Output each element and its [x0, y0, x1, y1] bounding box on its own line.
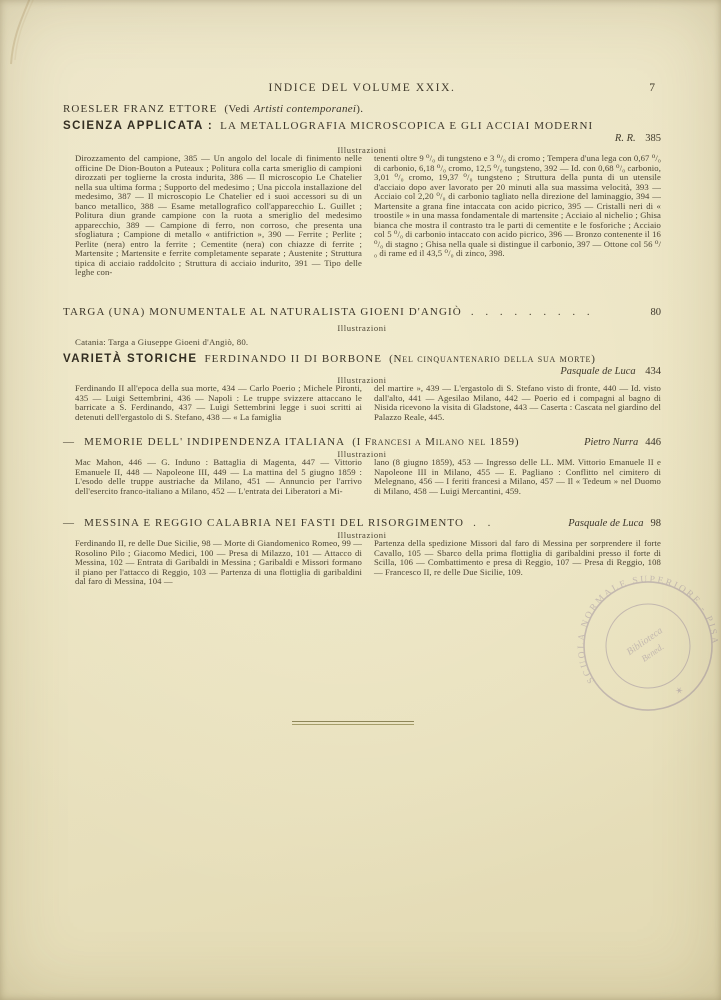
page-ref: 80	[651, 307, 662, 318]
column-right: lano (8 giugno 1859), 453 — Ingresso del…	[374, 458, 661, 496]
dot-leader: . .	[473, 517, 490, 529]
entry-varieta-title: VARIETÀ STORICHE FERDINANDO II DI BORBON…	[63, 353, 661, 365]
page-ref: 385	[645, 133, 661, 144]
page-ref: 98	[651, 518, 662, 529]
entry-title-bold: SCIENZA APPLICATA :	[63, 120, 213, 132]
scanned-index-page: { "page_header": { "title": "INDICE DEL …	[0, 0, 721, 1000]
author-name: Pasquale de Luca	[568, 518, 643, 529]
column-left: Mac Mahon, 446 — G. Induno : Battaglia d…	[75, 458, 362, 496]
column-left: Ferdinando II all'epoca della sua morte,…	[75, 384, 362, 422]
library-stamp: SCUOLA NORMALE SUPERIORE - PISA Bibliote…	[568, 566, 721, 726]
section-divider-rule	[292, 721, 414, 725]
entry-title-smallcaps: (I Francesi a Milano nel 1859)	[352, 436, 519, 448]
entry-title: TARGA (UNA) MONUMENTALE AL NATURALISTA G…	[63, 306, 462, 318]
entry-title-rest: LA METALLOGRAFIA MICROSCOPICA E GLI ACCI…	[220, 120, 593, 132]
cross-ref-suffix: ).	[356, 103, 363, 115]
illustrations-label: Illustrazioni	[63, 323, 661, 333]
cross-ref-italic: Artisti contemporanei	[254, 103, 357, 115]
entry-title-rest: FERDINANDO II DI BORBONE	[204, 353, 382, 365]
entry-targa-title: TARGA (UNA) MONUMENTALE AL NATURALISTA G…	[63, 306, 661, 318]
cross-ref-prefix: (Vedi	[224, 103, 249, 115]
column-left: Ferdinando II, re delle Due Sicilie, 98 …	[75, 539, 362, 587]
entry-title-smallcaps: (Nel cinquantenario della sua morte)	[389, 353, 596, 365]
column-right: tenenti oltre 9 ⁰/₀ di tungsteno e 3 ⁰/₀…	[374, 154, 661, 278]
entry-roesler: ROESLER FRANZ ETTORE (Vedi Artisti conte…	[63, 103, 661, 115]
illustration-caption: Catania: Targa a Giuseppe Gioeni d'Angiò…	[75, 337, 248, 347]
entry-scienza-author: R. R. 385	[63, 133, 661, 144]
column-right: del martire », 439 — L'ergastolo di S. S…	[374, 384, 661, 422]
entry-title: MEMORIE DELL' INDIPENDENZA ITALIANA	[84, 436, 345, 448]
entry-memorie-title: — MEMORIE DELL' INDIPENDENZA ITALIANA (I…	[63, 436, 661, 448]
entry-varieta-columns: Ferdinando II all'epoca della sua morte,…	[75, 384, 661, 422]
page-ref: 446	[645, 437, 661, 448]
entry-scienza-title: SCIENZA APPLICATA : LA METALLOGRAFIA MIC…	[63, 120, 661, 132]
column-left: Dirozzamento del campione, 385 — Un ango…	[75, 154, 362, 278]
page-title: INDICE DEL VOLUME XXIX.	[269, 82, 456, 94]
entry-dash: —	[63, 517, 75, 529]
dot-leader: . . . . . . . . .	[471, 306, 590, 318]
page-number: 7	[649, 82, 655, 94]
entry-messina-title: — MESSINA E REGGIO CALABRIA NEI FASTI DE…	[63, 517, 661, 529]
author-name: R. R.	[615, 133, 636, 144]
running-head: INDICE DEL VOLUME XXIX. 7	[63, 82, 661, 94]
author-name: Pietro Nurra	[584, 437, 638, 448]
entry-title: MESSINA E REGGIO CALABRIA NEI FASTI DEL …	[84, 517, 464, 529]
paper-crease	[0, 0, 70, 90]
entry-dash: —	[63, 436, 75, 448]
entry-title-bold: VARIETÀ STORICHE	[63, 353, 197, 365]
stamp-star-icon: ✶	[673, 685, 686, 699]
entry-name: ROESLER FRANZ ETTORE	[63, 103, 217, 115]
entry-scienza-columns: Dirozzamento del campione, 385 — Un ango…	[75, 154, 661, 278]
page-background: INDICE DEL VOLUME XXIX. 7 ROESLER FRANZ …	[0, 0, 721, 1000]
entry-memorie-columns: Mac Mahon, 446 — G. Induno : Battaglia d…	[75, 458, 661, 496]
